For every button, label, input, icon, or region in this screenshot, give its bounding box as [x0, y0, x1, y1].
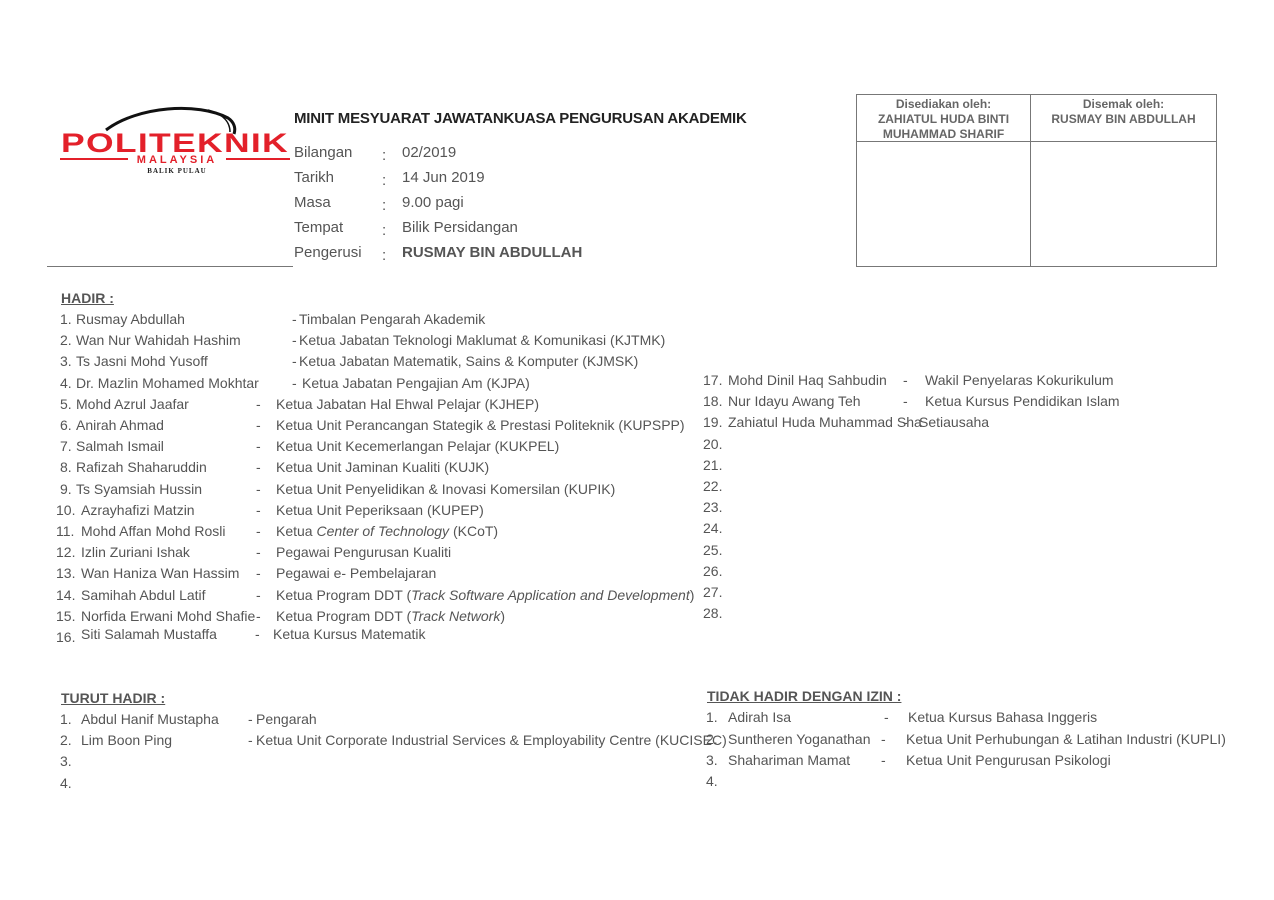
separator-dash: - [292, 331, 297, 349]
meta-colon: : [382, 147, 386, 164]
member-name: Ts Jasni Mohd Yusoff [76, 352, 208, 370]
list-item: 21. [0, 456, 1274, 474]
header-divider [47, 266, 293, 267]
list-item: 28. [0, 604, 1274, 622]
separator-dash: - [881, 730, 886, 748]
svg-text:BALIK PULAU: BALIK PULAU [147, 167, 206, 175]
document-title: MINIT MESYUARAT JAWATANKUASA PENGURUSAN … [294, 110, 747, 127]
meta-label-bilangan: Bilangan [294, 144, 352, 161]
member-name: Mohd Dinil Haq Sahbudin [728, 371, 887, 389]
list-item: 19.Zahiatul Huda Muhammad Sha-Setiausaha [0, 413, 1274, 431]
list-item: 25. [0, 541, 1274, 559]
prepared-by-name-line2: MUHAMMAD SHARIF [857, 127, 1030, 142]
meta-value-pengerusi: RUSMAY BIN ABDULLAH [402, 244, 582, 261]
list-item: 20. [0, 435, 1274, 453]
list-item: 22. [0, 477, 1274, 495]
member-name: Shahariman Mamat [728, 751, 850, 769]
separator-dash: - [292, 310, 297, 328]
member-role: Ketua Unit Perhubungan & Latihan Industr… [906, 730, 1226, 748]
member-role: Ketua Kursus Pendidikan Islam [925, 392, 1120, 410]
turut-hadir-heading: TURUT HADIR : [61, 690, 165, 706]
item-number: 17. [703, 371, 722, 389]
meta-label-masa: Masa [294, 194, 331, 211]
meta-colon: : [382, 222, 386, 239]
item-number: 16. [56, 628, 75, 646]
list-item: 17.Mohd Dinil Haq Sahbudin-Wakil Penyela… [0, 371, 1274, 389]
list-item: 24. [0, 519, 1274, 537]
member-role: Ketua Kursus Bahasa Inggeris [908, 708, 1097, 726]
item-number: 1. [706, 708, 718, 726]
separator-dash: - [255, 625, 260, 643]
separator-dash: - [903, 413, 908, 431]
separator-dash: - [881, 751, 886, 769]
member-name: Rusmay Abdullah [76, 310, 185, 328]
list-item: 18.Nur Idayu Awang Teh-Ketua Kursus Pend… [0, 392, 1274, 410]
meta-value-tempat: Bilik Persidangan [402, 219, 518, 236]
item-number: 23. [703, 498, 722, 516]
item-number: 24. [703, 519, 722, 537]
item-number: 22. [703, 477, 722, 495]
meta-label-tarikh: Tarikh [294, 169, 334, 186]
meta-value-tarikh: 14 Jun 2019 [402, 169, 485, 186]
item-number: 18. [703, 392, 722, 410]
checked-by-name: RUSMAY BIN ABDULLAH [1031, 112, 1216, 127]
checked-by-column: Disemak oleh: RUSMAY BIN ABDULLAH [1031, 95, 1216, 266]
meta-colon: : [382, 172, 386, 189]
list-item: 27. [0, 583, 1274, 601]
member-name: Siti Salamah Mustaffa [81, 625, 217, 643]
member-role: Ketua Unit Pengurusan Psikologi [906, 751, 1111, 769]
separator-dash: - [903, 392, 908, 410]
item-number: 2. [706, 730, 718, 748]
member-name: Suntheren Yoganathan [728, 730, 870, 748]
item-number: 21. [703, 456, 722, 474]
item-number: 26. [703, 562, 722, 580]
item-number: 25. [703, 541, 722, 559]
prepared-by-column: Disediakan oleh: ZAHIATUL HUDA BINTI MUH… [857, 95, 1031, 266]
item-number: 28. [703, 604, 722, 622]
item-number: 4. [706, 772, 718, 790]
list-item: 2.Suntheren Yoganathan-Ketua Unit Perhub… [0, 730, 1274, 748]
checked-by-header: Disemak oleh: RUSMAY BIN ABDULLAH [1031, 95, 1216, 142]
checked-by-signature-area [1031, 143, 1216, 266]
member-name: Wan Nur Wahidah Hashim [76, 331, 241, 349]
prepared-by-name-line1: ZAHIATUL HUDA BINTI [857, 112, 1030, 127]
separator-dash: - [884, 708, 889, 726]
list-item: 26. [0, 562, 1274, 580]
member-role: Ketua Kursus Matematik [273, 625, 426, 643]
prepared-by-signature-area [857, 143, 1030, 266]
list-item: 2.Wan Nur Wahidah Hashim-Ketua Jabatan T… [0, 331, 1274, 349]
separator-dash: - [292, 352, 297, 370]
prepared-by-header: Disediakan oleh: ZAHIATUL HUDA BINTI MUH… [857, 95, 1030, 142]
meta-colon: : [382, 247, 386, 264]
item-number: 3. [706, 751, 718, 769]
signature-box: Disediakan oleh: ZAHIATUL HUDA BINTI MUH… [856, 94, 1217, 267]
meta-label-tempat: Tempat [294, 219, 343, 236]
list-item: 1.Adirah Isa-Ketua Kursus Bahasa Inggeri… [0, 708, 1274, 726]
member-name: Nur Idayu Awang Teh [728, 392, 861, 410]
member-name: Adirah Isa [728, 708, 791, 726]
list-item: 16.Siti Salamah Mustaffa-Ketua Kursus Ma… [0, 625, 1274, 643]
list-item: 3.Shahariman Mamat-Ketua Unit Pengurusan… [0, 751, 1274, 769]
meta-colon: : [382, 197, 386, 214]
member-name: Zahiatul Huda Muhammad Sha [728, 413, 922, 431]
checked-by-label: Disemak oleh: [1031, 97, 1216, 112]
hadir-heading: HADIR : [61, 290, 114, 306]
meta-label-pengerusi: Pengerusi [294, 244, 362, 261]
list-item: 23. [0, 498, 1274, 516]
logo-swoosh-icon: POLITEKNIK MALAYSIA BALIK PULAU [58, 104, 292, 176]
member-role: Wakil Penyelaras Kokurikulum [925, 371, 1114, 389]
member-role: Ketua Jabatan Matematik, Sains & Kompute… [299, 352, 638, 370]
item-number: 1. [60, 310, 72, 328]
meta-value-bilangan: 02/2019 [402, 144, 456, 161]
item-number: 20. [703, 435, 722, 453]
meta-value-masa: 9.00 pagi [402, 194, 464, 211]
item-number: 2. [60, 331, 72, 349]
list-item: 1.Rusmay Abdullah-Timbalan Pengarah Akad… [0, 310, 1274, 328]
member-role: Timbalan Pengarah Akademik [299, 310, 485, 328]
item-number: 3. [60, 352, 72, 370]
svg-text:MALAYSIA: MALAYSIA [137, 154, 217, 166]
prepared-by-label: Disediakan oleh: [857, 97, 1030, 112]
item-number: 27. [703, 583, 722, 601]
member-role: Ketua Jabatan Teknologi Maklumat & Komun… [299, 331, 665, 349]
item-number: 19. [703, 413, 722, 431]
list-item: 3.Ts Jasni Mohd Yusoff-Ketua Jabatan Mat… [0, 352, 1274, 370]
member-role: Setiausaha [919, 413, 989, 431]
tidak-hadir-heading: TIDAK HADIR DENGAN IZIN : [707, 688, 901, 704]
list-item: 4. [0, 772, 1274, 790]
separator-dash: - [903, 371, 908, 389]
politeknik-logo: POLITEKNIK MALAYSIA BALIK PULAU [58, 104, 292, 176]
